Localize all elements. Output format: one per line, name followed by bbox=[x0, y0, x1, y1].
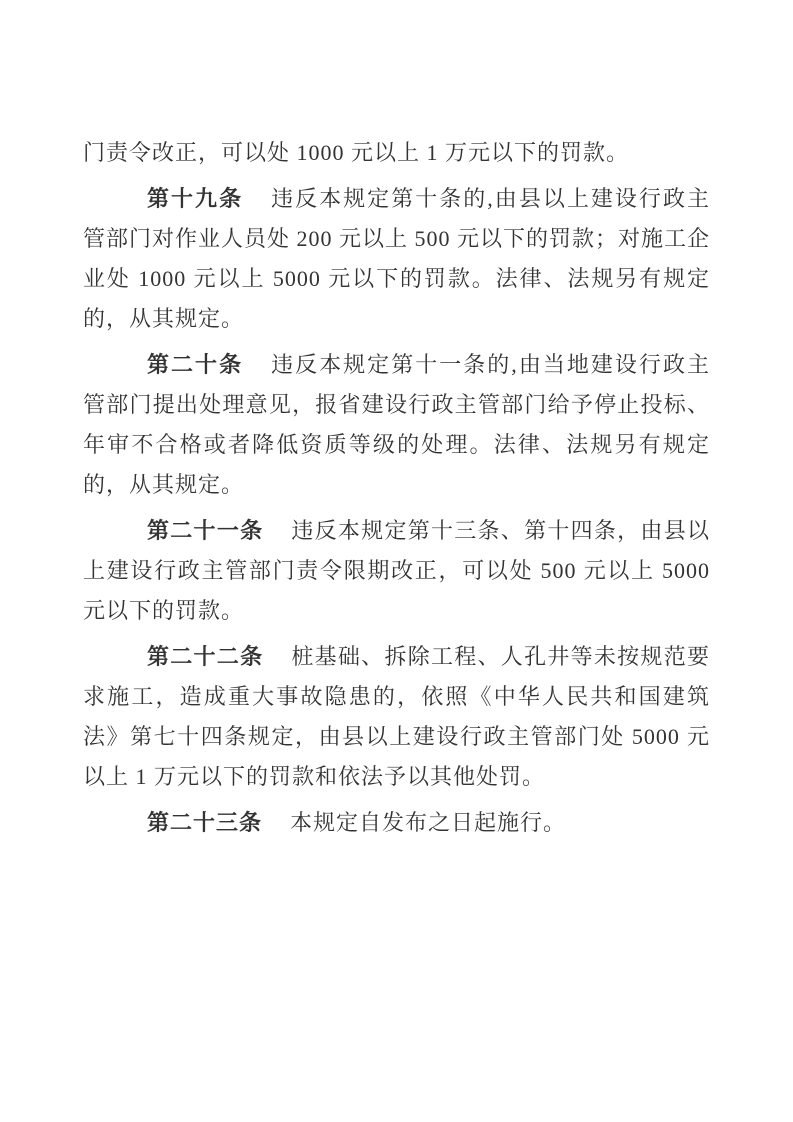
document-paragraph: 门责令改正，可以处 1000 元以上 1 万元以下的罚款。 bbox=[83, 133, 710, 173]
paragraph-text: 本规定自发布之日起施行。 bbox=[290, 810, 566, 835]
document-content: 门责令改正，可以处 1000 元以上 1 万元以下的罚款。 第十九条违反本规定第… bbox=[0, 0, 793, 843]
article-number-heading: 第二十一条 bbox=[147, 518, 263, 543]
document-paragraph: 第二十一条违反本规定第十三条、第十四条，由县以上建设行政主管部门责令限期改正，可… bbox=[83, 511, 710, 631]
document-paragraph: 第十九条违反本规定第十条的,由县以上建设行政主管部门对作业人员处 200 元以上… bbox=[83, 179, 710, 339]
document-paragraph: 第二十二条桩基础、拆除工程、人孔井等未按规范要求施工，造成重大事故隐患的，依照《… bbox=[83, 637, 710, 797]
article-number-heading: 第二十条 bbox=[147, 352, 243, 377]
document-paragraph: 第二十三条本规定自发布之日起施行。 bbox=[83, 803, 710, 843]
document-paragraph: 第二十条违反本规定第十一条的,由当地建设行政主管部门提出处理意见，报省建设行政主… bbox=[83, 345, 710, 505]
document-page: 门责令改正，可以处 1000 元以上 1 万元以下的罚款。 第十九条违反本规定第… bbox=[0, 0, 793, 1122]
article-number-heading: 第二十三条 bbox=[147, 810, 262, 835]
article-number-heading: 第二十二条 bbox=[147, 644, 263, 669]
article-number-heading: 第十九条 bbox=[147, 186, 243, 211]
paragraph-text: 门责令改正，可以处 1000 元以上 1 万元以下的罚款。 bbox=[83, 140, 629, 165]
